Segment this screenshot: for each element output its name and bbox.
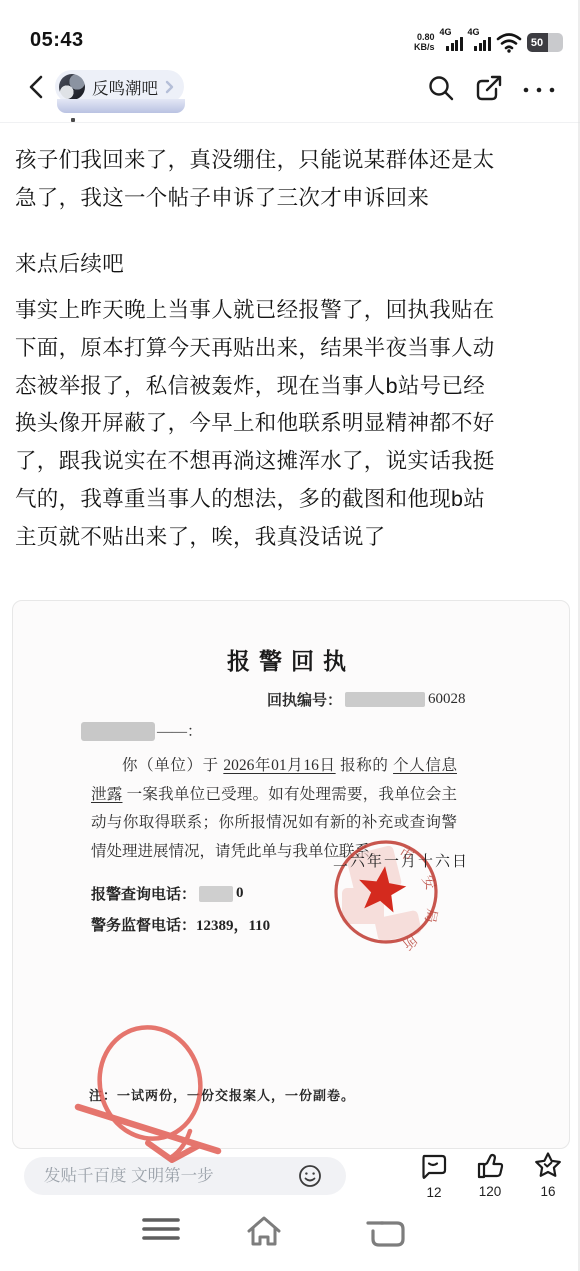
scrolled-element-sliver — [57, 99, 185, 113]
nav-divider — [0, 122, 580, 123]
receipt-number-suffix: 60028 — [428, 691, 466, 708]
battery-percent: 50 — [527, 33, 548, 52]
comments-button[interactable]: 12 — [414, 1153, 454, 1200]
home-button[interactable] — [245, 1213, 283, 1251]
search-icon[interactable] — [426, 73, 456, 103]
favorite-button[interactable]: 16 — [528, 1151, 568, 1199]
receipt-date-line: 二六年一月十六日 — [333, 850, 493, 871]
sim1-signal-icon: 4G — [440, 28, 463, 54]
receipt-title: 报警回执 — [13, 643, 569, 676]
like-button[interactable]: 120 — [470, 1152, 510, 1199]
sim2-signal-icon: 4G — [468, 28, 491, 54]
police-supervision-phone-row: 警务监督电话：12389，110 — [91, 914, 270, 935]
share-icon[interactable] — [474, 73, 504, 103]
menu-button[interactable] — [142, 1214, 180, 1244]
thumbs-up-icon — [476, 1152, 504, 1180]
emoji-icon[interactable] — [298, 1164, 322, 1188]
body-report-date: 2026年01月16日 — [223, 757, 335, 774]
post-paragraph-2: 来点后续吧 — [15, 245, 569, 283]
back-system-button[interactable] — [366, 1218, 408, 1248]
police-stamp-icon: 市 安 局 所 — [324, 830, 450, 956]
phone1-label: 报警查询电话： — [91, 883, 196, 904]
favorites-count: 16 — [528, 1184, 568, 1199]
post-paragraph-3: 事实上昨天晚上当事人就已经报警了，回执我贴在 下面，原本打算今天再贴出来，结果半… — [15, 292, 569, 557]
redaction-block — [345, 692, 425, 707]
comment-bubble-icon — [420, 1153, 448, 1181]
back-icon[interactable] — [26, 74, 46, 100]
receipt-number-row: 回执编号： 60028 — [267, 689, 466, 710]
status-time: 05:43 — [30, 29, 84, 52]
likes-count: 120 — [470, 1184, 510, 1199]
status-indicators: 0.80 KB/s 4G 4G 50 — [414, 26, 574, 54]
tieba-post-screen: { "status_bar": { "time": "05:43", "net_… — [0, 0, 580, 1271]
sim2-label: 4G — [468, 27, 480, 37]
red-circle-arrow-annotation — [50, 1005, 270, 1170]
forum-name: 反鸣潮吧 — [92, 75, 158, 99]
addressee-row: ——： — [81, 720, 202, 741]
body-pre: 你（单位）于 — [122, 757, 223, 774]
forum-avatar — [59, 74, 85, 100]
redaction-block — [81, 722, 155, 741]
more-icon[interactable] — [521, 85, 557, 95]
redaction-block — [199, 886, 233, 902]
body-mid: 报称的 — [336, 757, 393, 774]
report-inquiry-phone-row: 报警查询电话： 0 — [91, 883, 244, 904]
comments-count: 12 — [414, 1185, 454, 1200]
receipt-number-label: 回执编号： — [267, 689, 342, 710]
network-speed: 0.80 KB/s — [414, 33, 435, 54]
addressee-suffix: ——： — [157, 720, 202, 741]
network-speed-unit: KB/s — [414, 43, 435, 53]
phone1-suffix: 0 — [236, 885, 244, 902]
star-icon — [533, 1151, 563, 1180]
chevron-right-icon — [165, 80, 174, 94]
sim1-label: 4G — [440, 27, 452, 37]
wifi-icon — [496, 30, 522, 54]
battery-icon: 50 — [527, 33, 563, 52]
post-paragraph-1: 孩子们我回来了，真没绷住，只能说某群体还是太 急了，我这一个帖子申诉了三次才申诉… — [15, 141, 569, 217]
stamp-char: 局 — [421, 907, 440, 924]
